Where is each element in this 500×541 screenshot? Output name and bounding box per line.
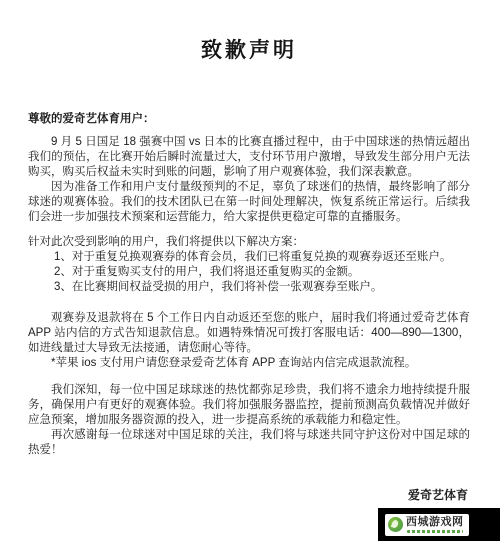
solution-item-3: 3、在比赛期间权益受损的用户，我们将补偿一张观赛券至账户。 [28,280,470,295]
paragraph-cause: 因为准备工作和用户支付量级预判的不足，辜负了球迷们的热情，最终影响了部分球迷的观… [28,180,470,225]
paragraph-apple-note: *苹果 ios 支付用户请您登录爱奇艺体育 APP 查询站内信完成退款流程。 [28,356,470,371]
paragraph-incident: 9 月 5 日国足 18 强赛中国 vs 日本的比赛直播过程中，由于中国球迷的热… [28,135,470,180]
greeting: 尊敬的爱奇艺体育用户： [28,112,470,127]
solution-item-2: 2、对于重复购买支付的用户，我们将退还重复购买的金额。 [28,265,470,280]
solution-intro: 针对此次受到影响的用户，我们将提供以下解决方案： [28,235,470,250]
watermark-chip: 西城游戏网 [385,514,469,536]
watermark-site-name: 西城游戏网 [406,517,464,528]
page-title: 致歉声明 [28,34,470,64]
site-logo-icon [388,517,403,532]
signature: 爱奇艺体育 [28,488,468,503]
paragraph-commitment: 我们深知，每一位中国足球球迷的热忱都弥足珍贵，我们将不遗余力地持续提升服务，确保… [28,383,470,428]
apology-document: 致歉声明 尊敬的爱奇艺体育用户： 9 月 5 日国足 18 强赛中国 vs 日本… [0,0,500,529]
solution-list: 1、对于重复兑换观赛券的体育会员，我们已将重复兑换的观赛券返还至账户。 2、对于… [28,250,470,295]
solution-item-1: 1、对于重复兑换观赛券的体育会员，我们已将重复兑换的观赛券返还至账户。 [28,250,470,265]
watermark: 西城游戏网 [378,508,500,541]
watermark-url-strip [407,530,463,533]
paragraph-refund: 观赛券及退款将在 5 个工作日内自动返还至您的账户，届时我们将通过爱奇艺体育 A… [28,311,470,356]
paragraph-thanks: 再次感谢每一位球迷对中国足球的关注，我们将与球迷共同守护这份对中国足球的热爱！ [28,428,470,458]
